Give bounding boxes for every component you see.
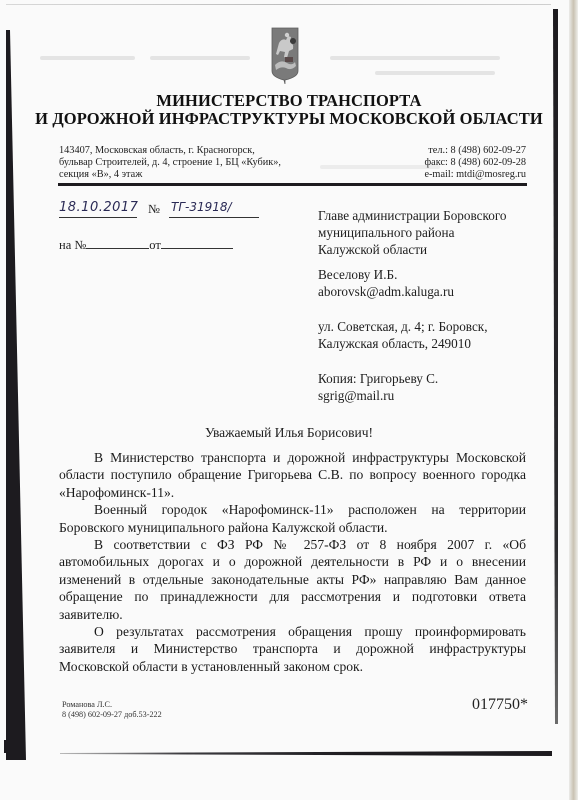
ministry-address: 143407, Московская область, г. Красногор…	[59, 145, 281, 181]
body-paragraph: Военный городок «Нарофоминск-11» располо…	[59, 501, 526, 536]
scanned-letter-page: МИНИСТЕРСТВО ТРАНСПОРТА И ДОРОЖНОЙ ИНФРА…	[0, 0, 578, 800]
address-line: секция «В», 4 этаж	[59, 169, 281, 181]
recipient-address-line: Калужская область, 249010	[318, 335, 488, 352]
recipient-email: aborovsk@adm.kaluga.ru	[318, 283, 454, 300]
ministry-email: e-mail: mtdi@mosreg.ru	[424, 169, 526, 181]
recipient-address-line: ул. Советская, д. 4; г. Боровск,	[318, 318, 488, 335]
outgoing-number: ТГ-31918/	[171, 200, 232, 214]
bleed-through-text	[320, 165, 440, 169]
body-paragraph: О результатах рассмотрения обращения про…	[59, 623, 526, 675]
body-paragraph: В Министерство транспорта и дорожной инф…	[59, 449, 526, 501]
ref-date-blank	[161, 237, 233, 249]
ministry-contacts: тел.: 8 (498) 602-09-27 факс: 8 (498) 60…	[424, 145, 526, 181]
recipient-position: Главе администрации Боровского муниципал…	[318, 207, 507, 258]
ministry-title-line2: И ДОРОЖНОЙ ИНФРАСТРУКТУРЫ МОСКОВСКОЙ ОБЛ…	[0, 109, 578, 129]
date-underline	[59, 217, 137, 218]
recipient-position-line: Калужской области	[318, 241, 507, 258]
scan-top-edge	[6, 4, 551, 5]
ref-number-blank	[86, 237, 149, 249]
recipient-position-line: муниципального района	[318, 224, 507, 241]
address-line: 143407, Московская область, г. Красногор…	[59, 145, 281, 157]
registration-line: 18.10.2017 № ТГ-31918/	[59, 200, 259, 222]
fax-number: факс: 8 (498) 602-09-28	[424, 157, 526, 169]
outgoing-date: 18.10.2017	[59, 200, 138, 215]
copy-email: sgrig@mail.ru	[318, 387, 438, 404]
number-underline	[169, 217, 259, 218]
copy-to: Копия: Григорьеву С.	[318, 370, 438, 387]
bleed-through-text	[150, 56, 250, 60]
coat-of-arms-icon	[271, 27, 299, 84]
letterhead-divider	[58, 183, 527, 186]
scan-left-shadow-corner	[4, 740, 23, 753]
salutation: Уважаемый Илья Борисович!	[0, 425, 578, 441]
reference-line: на №от	[59, 237, 233, 253]
scan-left-shadow	[6, 30, 26, 760]
recipient-name: Веселову И.Б.	[318, 266, 454, 283]
bleed-through-text	[40, 56, 135, 60]
bleed-through-text	[375, 71, 495, 75]
letter-body: В Министерство транспорта и дорожной инф…	[59, 449, 526, 675]
ref-number-label: на №	[59, 238, 86, 252]
copy-recipient: Копия: Григорьеву С. sgrig@mail.ru	[318, 370, 438, 404]
number-label: №	[148, 202, 160, 217]
ministry-title-line1: МИНИСТЕРСТВО ТРАНСПОРТА	[0, 91, 578, 111]
executor-phone: 8 (498) 602-09-27 доб.53-222	[62, 710, 162, 720]
address-line: бульвар Строителей, д. 4, строение 1, БЦ…	[59, 157, 281, 169]
bleed-through-text	[330, 56, 500, 60]
scan-bottom-shadow	[60, 751, 552, 756]
recipient-name-block: Веселову И.Б. aborovsk@adm.kaluga.ru	[318, 266, 454, 300]
ref-from-label: от	[149, 238, 161, 252]
body-paragraph: В соответствии с ФЗ РФ № 257-ФЗ от 8 ноя…	[59, 536, 526, 623]
executor-contact: Романова Л.С. 8 (498) 602-09-27 доб.53-2…	[62, 700, 162, 720]
recipient-address: ул. Советская, д. 4; г. Боровск, Калужск…	[318, 318, 488, 352]
executor-name: Романова Л.С.	[62, 700, 162, 710]
document-code: 017750*	[472, 696, 528, 714]
recipient-position-line: Главе администрации Боровского	[318, 207, 507, 224]
phone-number: тел.: 8 (498) 602-09-27	[424, 145, 526, 157]
